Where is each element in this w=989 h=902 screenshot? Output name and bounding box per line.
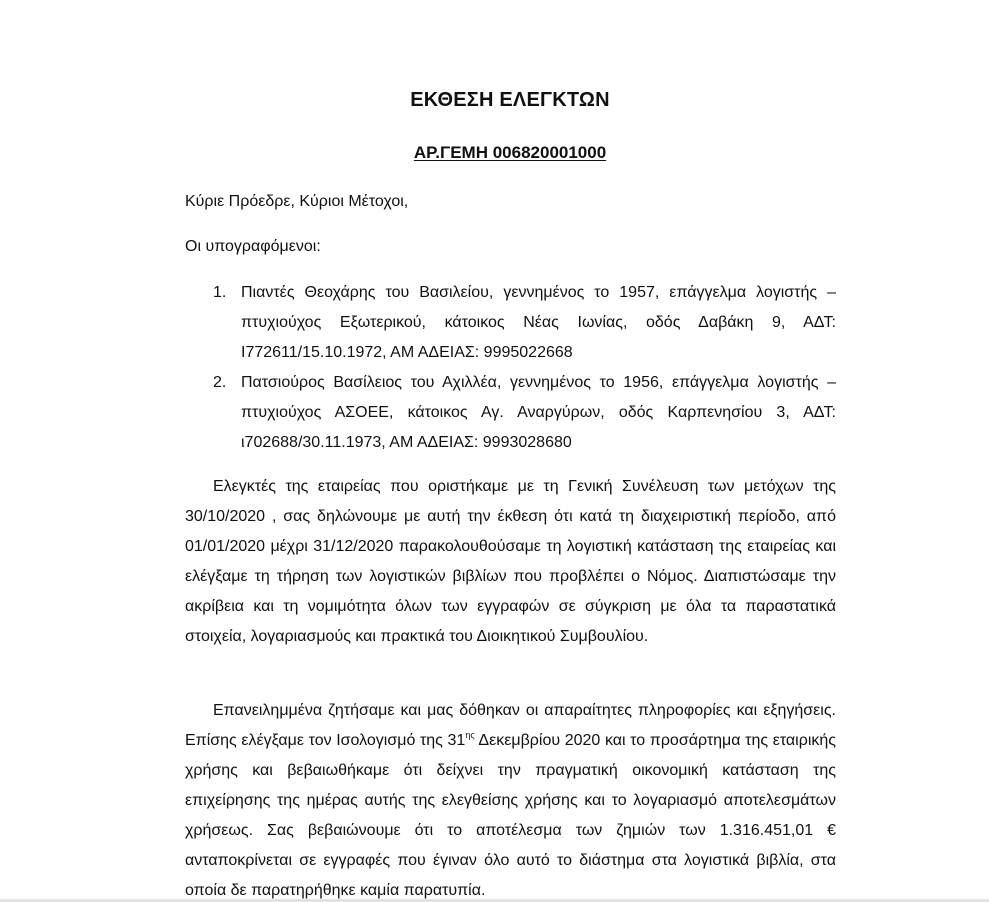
list-item-text: Πιαντές Θεοχάρης του Βασιλείου, γεννημέν… <box>241 284 836 361</box>
list-item: 1. Πιαντές Θεοχάρης του Βασιλείου, γεννη… <box>185 278 836 368</box>
paragraph-findings: Επανειλημμένα ζητήσαμε και μας δόθηκαν ο… <box>185 696 836 902</box>
list-item-text: Πατσιούρος Βασίλειος του Αχιλλέα, γεννημ… <box>241 374 836 451</box>
list-item: 2. Πατσιούρος Βασίλειος του Αχιλλέα, γεν… <box>185 368 836 458</box>
document-page: ΕΚΘΕΣΗ ΕΛΕΓΚΤΩΝ ΑΡ.ΓΕΜΗ 006820001000 Κύρ… <box>0 0 989 899</box>
signers-intro: Οι υπογραφόμενοι: <box>185 232 836 262</box>
registry-number: ΑΡ.ΓΕΜΗ 006820001000 <box>0 143 989 163</box>
paragraph-findings-part2: Δεκεμβρίου 2020 και το προσάρτημα της ετ… <box>185 732 836 899</box>
signers-list: 1. Πιαντές Θεοχάρης του Βασιλείου, γεννη… <box>185 278 836 458</box>
paragraph-appointment: Ελεγκτές της εταιρείας που οριστήκαμε με… <box>185 472 836 652</box>
greeting: Κύριε Πρόεδρε, Κύριοι Μέτοχοι, <box>185 187 836 217</box>
list-item-number: 1. <box>213 278 226 308</box>
list-item-number: 2. <box>213 368 226 398</box>
document-title: ΕΚΘΕΣΗ ΕΛΕΓΚΤΩΝ <box>0 89 989 112</box>
ordinal-superscript: ης <box>465 730 474 740</box>
